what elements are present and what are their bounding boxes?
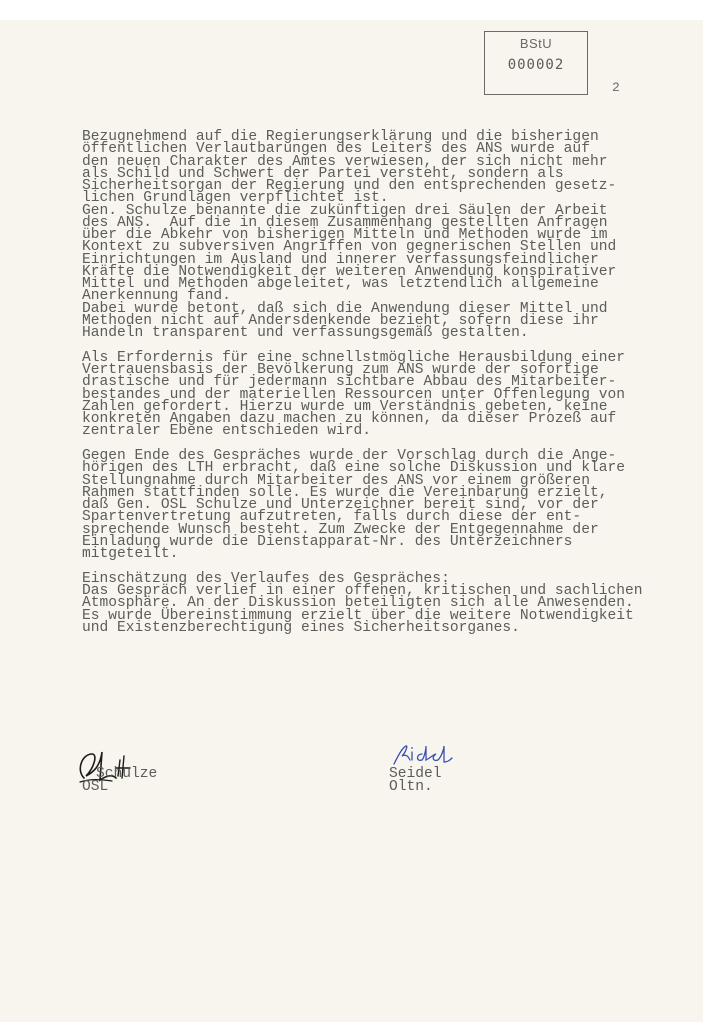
stamp-agency: BStU — [485, 36, 587, 51]
text-line: Handeln transparent und verfassungsgemäß… — [82, 327, 682, 339]
archive-stamp: BStU 000002 — [484, 31, 588, 95]
signature-block-right: SeidelOltn. — [389, 768, 442, 793]
document-body: Bezugnehmend auf die Regierungserklärung… — [82, 131, 682, 634]
signatory-rank-right: Oltn. — [389, 781, 442, 794]
text-line: mitgeteilt. — [82, 548, 682, 560]
page-number: 2 — [612, 80, 620, 95]
text-line: und Existenzberechtigung eines Sicherhei… — [82, 622, 682, 634]
signature-seidel-icon — [390, 742, 460, 768]
paragraph: Gegen Ende des Gespräches wurde der Vors… — [82, 450, 682, 560]
signature-block-left: SchulzeOSL — [82, 768, 157, 793]
stamp-number: 000002 — [485, 57, 587, 73]
paragraph: Als Erfordernis für eine schnellstmöglic… — [82, 352, 682, 438]
paragraph: Einschätzung des Verlaufes des Gespräche… — [82, 573, 682, 634]
signatory-rank-left: OSL — [82, 781, 157, 794]
text-line: zentraler Ebene entschieden wird. — [82, 425, 682, 437]
paragraph: Bezugnehmend auf die Regierungserklärung… — [82, 131, 682, 339]
